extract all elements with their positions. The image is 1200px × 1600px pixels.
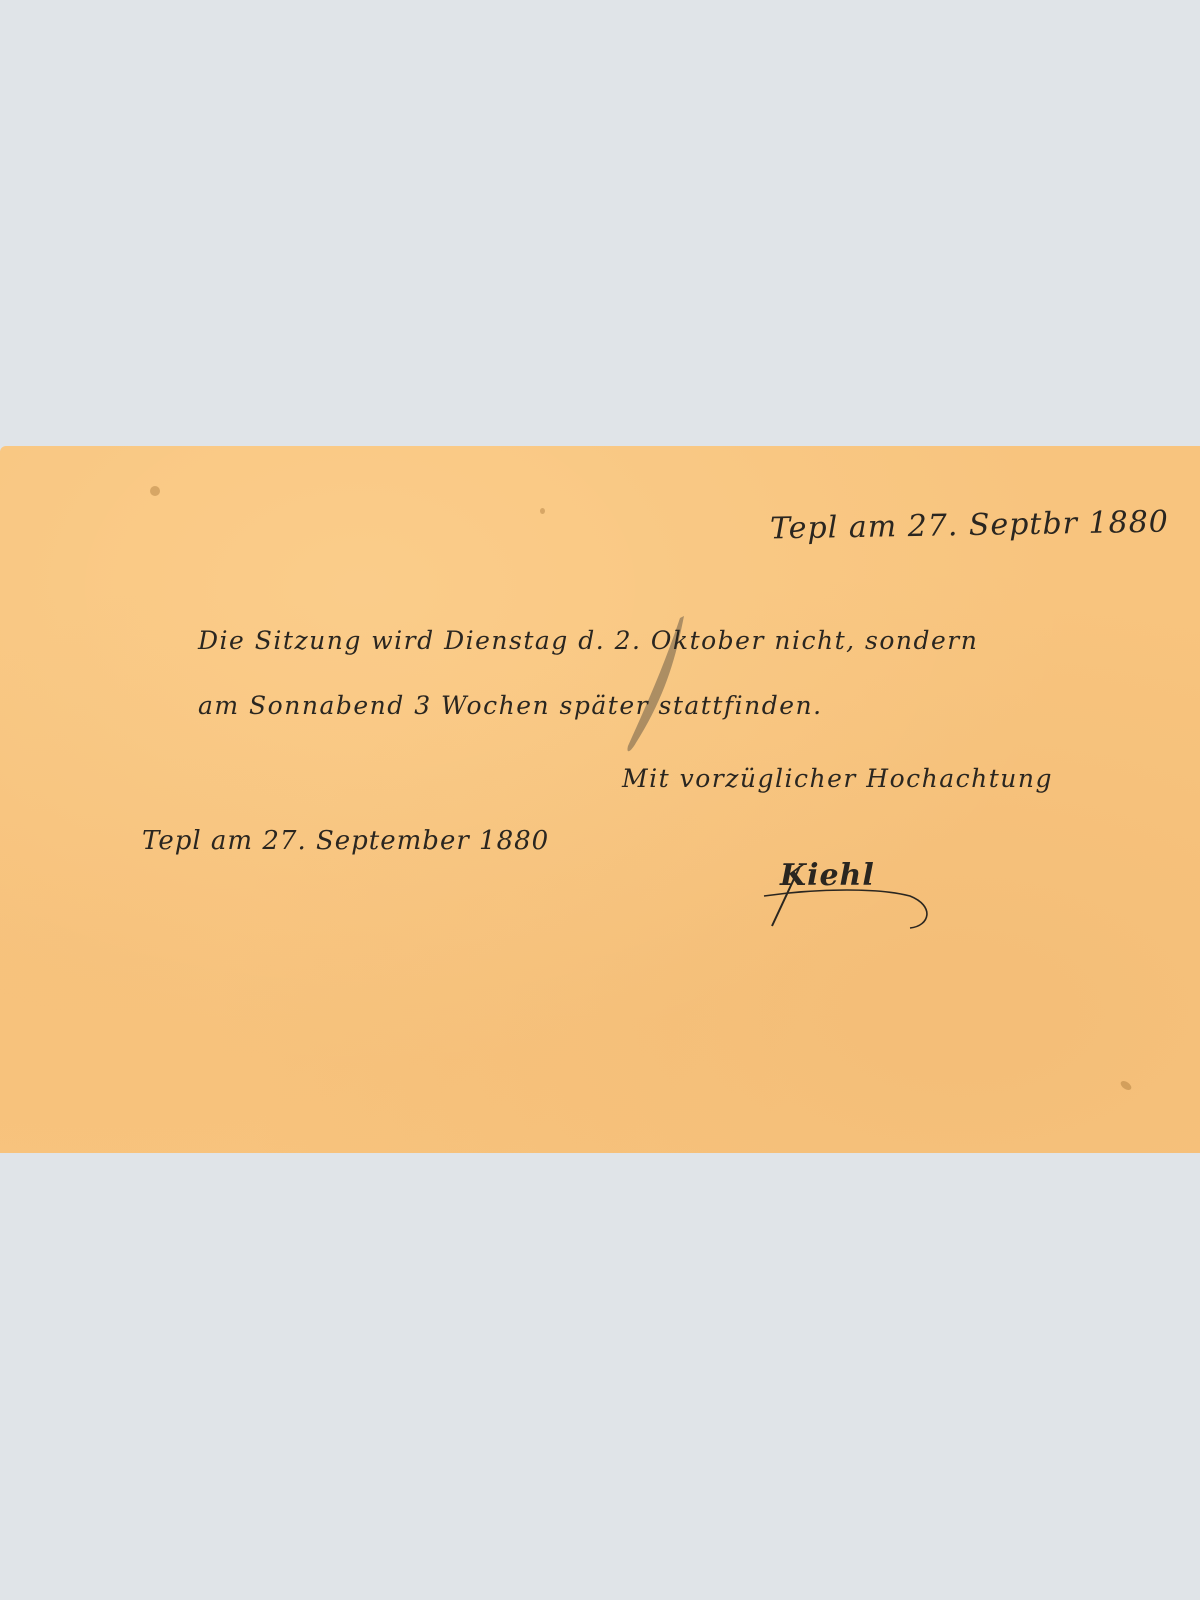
closing-salutation: Mit vorzüglicher Hochachtung [622, 764, 1053, 793]
paper-stain [540, 508, 545, 514]
header-place-date: Tepl am 27. Septbr 1880 [770, 505, 1169, 547]
paper-stain [150, 486, 160, 496]
paper-stain [1119, 1079, 1133, 1092]
body-line: am Sonnabend 3 Wochen später stattfinden… [198, 691, 823, 720]
postcard: Tepl am 27. Septbr 1880 Die Sitzung wird… [0, 446, 1200, 1153]
signature-flourish [760, 866, 940, 976]
body-line: Die Sitzung wird Dienstag d. 2. Oktober … [198, 626, 978, 655]
footer-place-date: Tepl am 27. September 1880 [142, 826, 549, 856]
